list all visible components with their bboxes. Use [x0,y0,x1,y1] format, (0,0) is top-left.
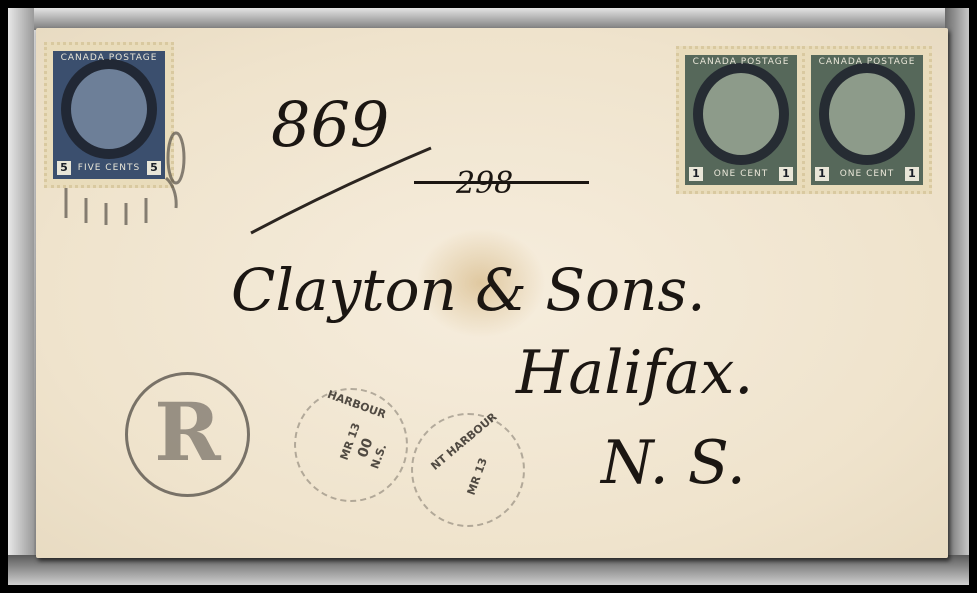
postmark-2: NT HARBOUR MR 13 [411,413,525,527]
frame-bevel-bottom [8,555,969,585]
postmark-date: MR 13 [465,456,490,497]
frame-bevel-top [8,8,969,30]
stamp-one-cent-1: CANADA POSTAGE ONE CENT 1 1 [676,46,806,194]
stamp-country-text: CANADA POSTAGE [811,57,923,67]
stamp-one-cent-2: CANADA POSTAGE ONE CENT 1 1 [802,46,932,194]
registration-r-mark: R [125,372,250,497]
addressee-name: Clayton & Sons. [231,256,706,324]
postmark-1: HARBOUR MR 13 00 N.S. [294,388,408,502]
strike-through-line [414,181,589,184]
postmark-town: HARBOUR [326,388,388,421]
queen-portrait-oval [693,63,789,165]
registration-letter: R [128,385,247,479]
address-province: N. S. [601,428,746,498]
stamp-value-left: 1 [689,167,703,181]
stamp-value-right: 1 [905,167,919,181]
cancellation-lines [46,118,196,228]
stamp-country-text: CANADA POSTAGE [53,53,165,63]
stamp-value-right: 1 [779,167,793,181]
envelope-cover: CANADA POSTAGE FIVE CENTS 5 5 CANADA POS… [36,28,948,558]
frame-bevel-right [945,8,969,585]
stamp-country-text: CANADA POSTAGE [685,57,797,67]
queen-portrait-oval [819,63,915,165]
frame-bevel-left [8,8,34,585]
stamp-value-left: 1 [815,167,829,181]
address-city: Halifax. [516,338,753,408]
